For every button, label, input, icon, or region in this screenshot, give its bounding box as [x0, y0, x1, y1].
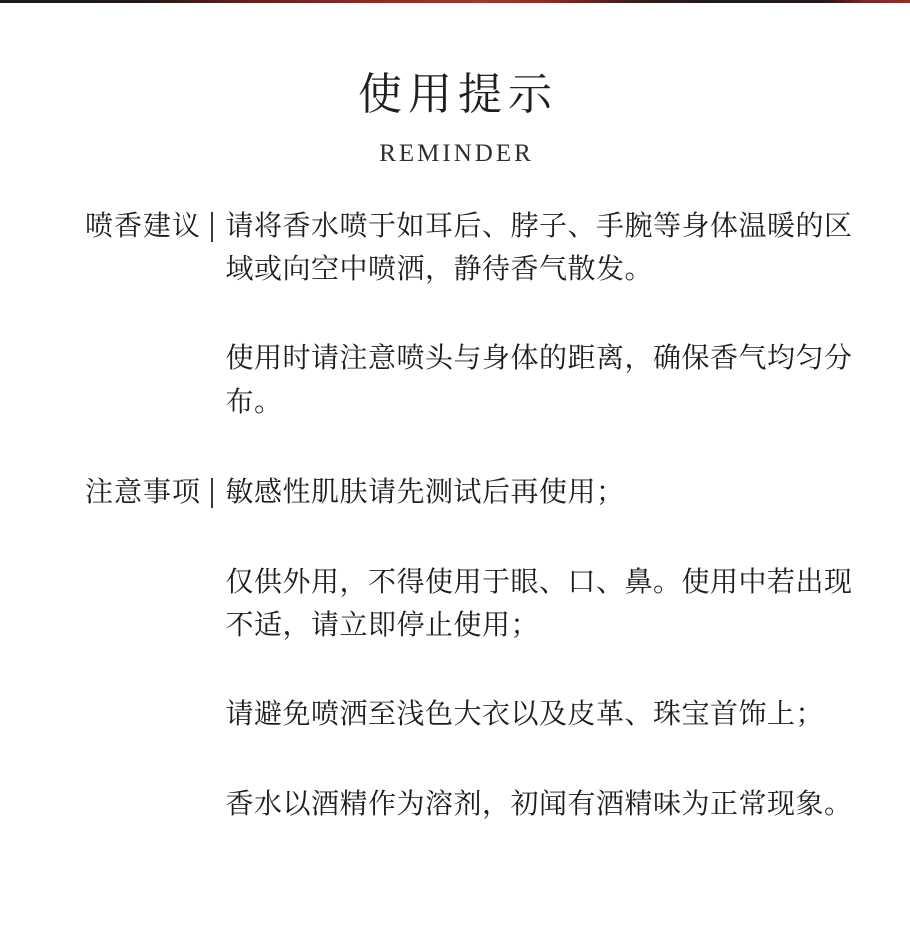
paragraph-avoid-clothing: 请避免喷洒至浅色大衣以及皮革、珠宝首饰上；	[226, 693, 856, 736]
reminder-content: 喷香建议 请将香水喷于如耳后、脖子、手腕等身体温暖的区 域或向空中喷洒，静待香气…	[0, 205, 910, 827]
paragraph-spray-distance: 使用时请注意喷头与身体的距离，确保香气均匀分 布。	[226, 337, 856, 424]
section-spray-advice: 喷香建议 请将香水喷于如耳后、脖子、手腕等身体温暖的区 域或向空中喷洒，静待香气…	[85, 205, 855, 425]
section-text-precautions: 敏感性肌肤请先测试后再使用； 仅供外用，不得使用于眼、口、鼻。使用中若出现 不适…	[226, 471, 856, 826]
page-subtitle: REMINDER	[0, 139, 910, 169]
page-title: 使用提示	[0, 70, 910, 121]
section-text-spray-advice: 请将香水喷于如耳后、脖子、手腕等身体温暖的区 域或向空中喷洒，静待香气散发。 使…	[226, 205, 856, 425]
paragraph-spray-location: 请将香水喷于如耳后、脖子、手腕等身体温暖的区 域或向空中喷洒，静待香气散发。	[226, 205, 856, 292]
section-label-precautions: 注意事项	[85, 471, 199, 514]
paragraph-external-use: 仅供外用，不得使用于眼、口、鼻。使用中若出现 不适，请立即停止使用；	[226, 561, 856, 648]
reminder-header: 使用提示 REMINDER	[0, 70, 910, 169]
section-label-spray-advice: 喷香建议	[85, 205, 199, 248]
label-divider	[211, 478, 213, 508]
top-image-edge-strip	[0, 0, 910, 3]
paragraph-alcohol-note: 香水以酒精作为溶剂，初闻有酒精味为正常现象。	[226, 783, 856, 826]
product-detail-reminder-page: 使用提示 REMINDER 喷香建议 请将香水喷于如耳后、脖子、手腕等身体温暖的…	[0, 0, 910, 943]
paragraph-sensitive-skin: 敏感性肌肤请先测试后再使用；	[226, 471, 856, 514]
section-precautions: 注意事项 敏感性肌肤请先测试后再使用； 仅供外用，不得使用于眼、口、鼻。使用中若…	[85, 471, 855, 826]
label-divider	[211, 212, 213, 242]
